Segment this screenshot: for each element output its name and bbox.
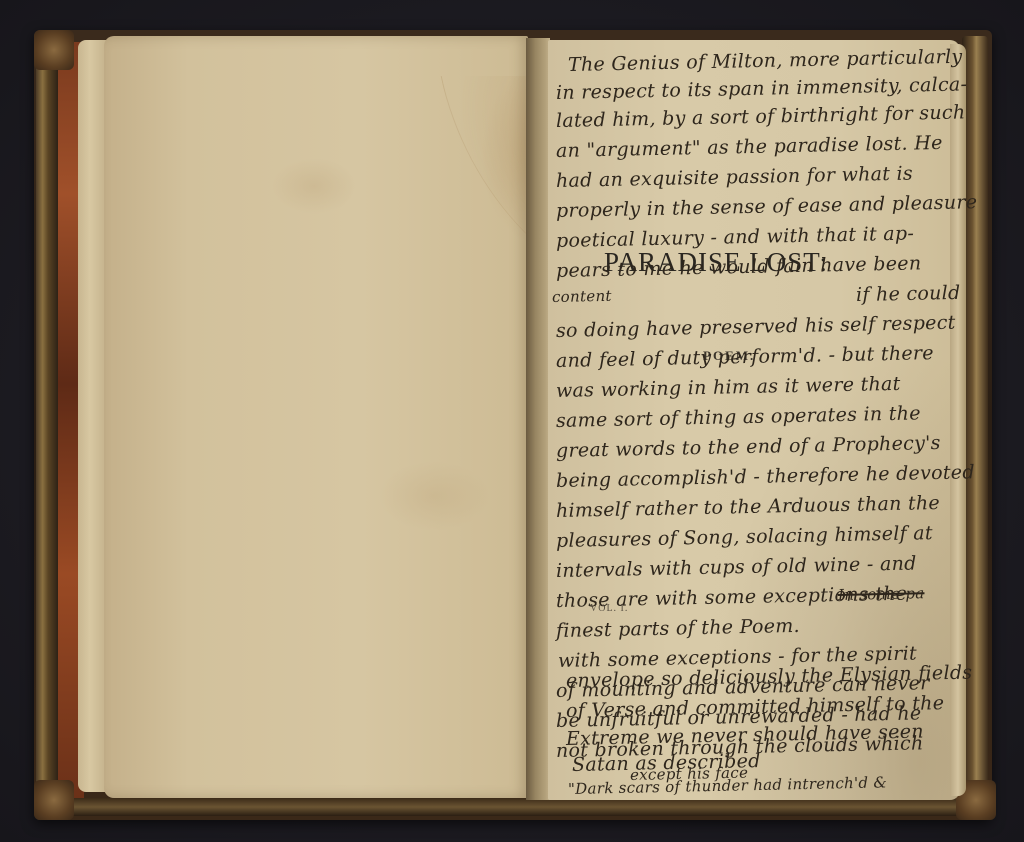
photo-scene: PARADISE LOST: POEM. VOL. I. The Genius …	[0, 0, 1024, 842]
cover-bottom-edge	[40, 798, 984, 816]
manuscript-line: content	[552, 287, 612, 306]
left-page	[104, 36, 528, 798]
struck-through-text: In some pa	[838, 584, 925, 604]
cover-left-edge	[36, 36, 58, 806]
cover-corner-top-left	[34, 30, 74, 70]
cover-corner-bottom-left	[34, 780, 74, 820]
manuscript-line: if he could	[856, 282, 961, 306]
book-gutter	[526, 38, 550, 800]
